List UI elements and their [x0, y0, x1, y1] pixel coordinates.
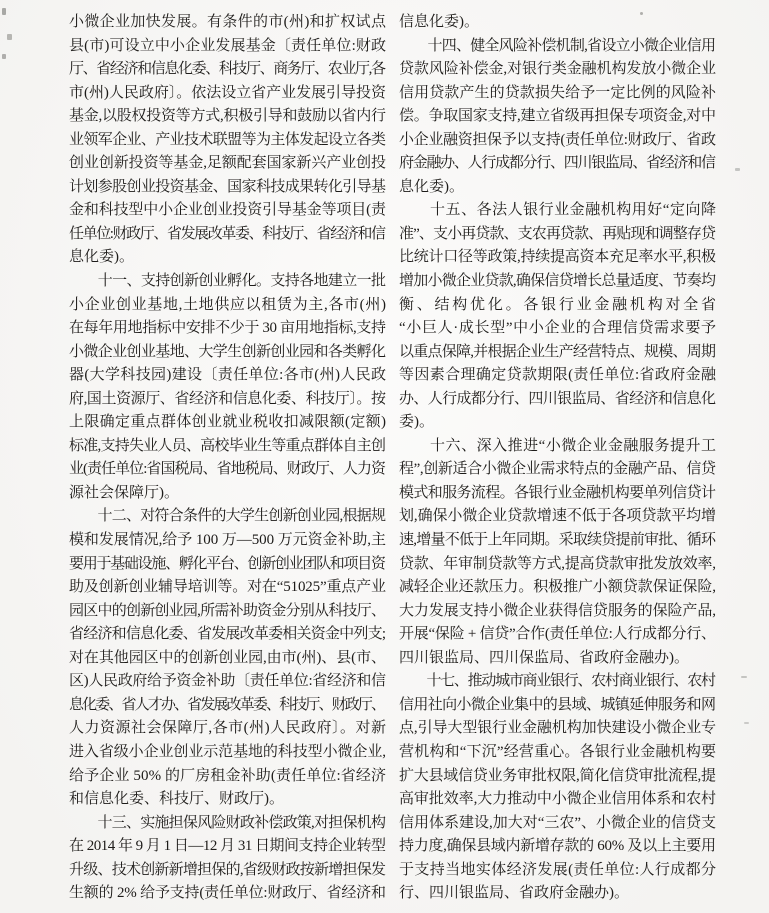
- text-line: 十四、健全风险补偿机制,省设立小微企业信用: [399, 35, 716, 59]
- text-line: 扩大县域信贷业务审批权限,简化信贷审批流程,提: [399, 765, 716, 789]
- text-line: 任单位:财政厅、省发展改革委、科技厅、省经济和信: [69, 223, 386, 247]
- text-line: 升级、技术创新新增担保的,省级财政按新增担保发: [69, 859, 386, 883]
- text-line: 业领军企业、产业技术联盟等为主体发起设立各类: [69, 129, 386, 153]
- text-line: 十六、深入推进“小微企业金融服务提升工: [399, 435, 716, 459]
- text-line: 厅、省经济和信息化委、科技厅、商务厅、农业厅,各: [69, 58, 386, 82]
- text-line: 人力资源社会保障厅,各市(州)人民政府〕。对新: [69, 717, 386, 741]
- text-line: 等因素合理确定贷款期限(责任单位:省政府金融: [399, 364, 716, 388]
- text-line: 创业创新投资等基金,足额配套国家新兴产业创投: [69, 152, 386, 176]
- text-line: 十三、实施担保风险财政补偿政策,对担保机构: [69, 812, 386, 836]
- text-line: 小企业创业基地,土地供应以租赁为主,各市(州): [69, 294, 386, 318]
- text-line: 省经济和信息化委、省发展改革委相关资金中列支;: [69, 623, 386, 647]
- text-line: 助及创新创业辅导培训等。对在“51025”重点产业: [69, 576, 386, 600]
- text-line: 速,增量不低于上年同期。采取续贷提前审批、循环: [399, 529, 716, 553]
- scan-artifact: [640, 12, 643, 15]
- text-line: 金和科技型中小企业创业投资引导基金等项目(责: [69, 199, 386, 223]
- text-line: “小巨人·成长型”中小企业的合理信贷需求要予: [399, 317, 716, 341]
- text-line: 程”,创新适合小微企业需求特点的金融产品、信贷: [399, 458, 716, 482]
- text-line: 信用体系建设,加大对“三农”、小微企业的信贷支: [399, 812, 716, 836]
- text-line: 给予企业 50% 的厂房租金补助(责任单位:省经济: [69, 765, 386, 789]
- text-line: 委)。: [399, 411, 716, 435]
- text-line: 对在其他园区中的创新创业园,由市(州)、县(市、: [69, 647, 386, 671]
- text-line: 大力发展支持小微企业获得信贷服务的保险产品,: [399, 600, 716, 624]
- text-line: 在 2014 年 9 月 1 日—12 月 31 日期间支持企业转型: [69, 835, 386, 859]
- text-line: 十一、支持创新创业孵化。支持各地建立一批: [69, 270, 386, 294]
- text-line: 小微企业创业基地、大学生创新创业园和各类孵化: [69, 341, 386, 365]
- document-page: 小微企业加快发展。有条件的市(州)和扩权试点县(市)可设立中小企业发展基金〔责任…: [0, 0, 769, 913]
- text-line: 县(市)可设立中小企业发展基金〔责任单位:财政: [69, 35, 386, 59]
- text-line: 源社会保障厅)。: [69, 482, 386, 506]
- text-line: 计划参股创业投资基金、国家科技成果转化引导基: [69, 176, 386, 200]
- text-line: 贷款、年审制贷款等方式,提高贷款审批发放效率,: [399, 553, 716, 577]
- text-line: 偿。争取国家支持,建立省级再担保专项资金,对中: [399, 105, 716, 129]
- text-line: 器(大学科技园)建设〔责任单位:各市(州)人民政: [69, 364, 386, 388]
- text-line: 要用于基础设施、孵化平台、创新创业团队和项目资: [69, 553, 386, 577]
- text-line: 息化委、省人才办、省发展改革委、科技厅、财政厅、: [69, 694, 386, 718]
- text-line: 办、人行成都分行、四川银监局、省经济和信息化: [399, 388, 716, 412]
- text-line: 和信息化委、科技厅、财政厅)。: [69, 788, 386, 812]
- text-line: 小企业融资担保予以支持(责任单位:财政厅、省政: [399, 129, 716, 153]
- text-line: 信息化委)。: [399, 11, 716, 35]
- text-line: 信用贷款产生的贷款损失给予一定比例的风险补: [399, 82, 716, 106]
- text-line: 十二、对符合条件的大学生创新创业园,根据规: [69, 505, 386, 529]
- text-line: 息化委)。: [69, 246, 386, 270]
- text-line: 生额的 2% 给予支持(责任单位:财政厅、省经济和: [69, 882, 386, 906]
- text-line: 营机构和“下沉”经营重心。各银行业金融机构要: [399, 741, 716, 765]
- text-line: 高审批效率,大力推动中小微企业信用体系和农村: [399, 788, 716, 812]
- text-line: 划,确保小微企业贷款增速不低于各项贷款平均增: [399, 505, 716, 529]
- text-line: 信用社向小微企业集中的县域、城镇延伸服务和网: [399, 694, 716, 718]
- text-line: 模和发展情况,给予 100 万—500 万元资金补助,主: [69, 529, 386, 553]
- text-line: 点,引导大型银行业金融机构加快建设小微企业专: [399, 717, 716, 741]
- scan-artifact: [2, 54, 6, 59]
- text-line: 小微企业加快发展。有条件的市(州)和扩权试点: [69, 11, 386, 35]
- text-line: 市(州)人民政府〕。依法设立省产业发展引导投资: [69, 82, 386, 106]
- text-line: 上限确定重点群体创业就业税收扣减限额(定额): [69, 411, 386, 435]
- scan-artifact: [2, 8, 6, 15]
- text-line: 标准,支持失业人员、高校毕业生等重点群体自主创: [69, 435, 386, 459]
- text-line: 十七、推动城市商业银行、农村商业银行、农村: [399, 670, 716, 694]
- left-column: 小微企业加快发展。有条件的市(州)和扩权试点县(市)可设立中小企业发展基金〔责任…: [69, 11, 386, 906]
- text-line: 贷款风险补偿金,对银行类金融机构发放小微企业: [399, 58, 716, 82]
- text-line: 业(责任单位:省国税局、省地税局、财政厅、人力资: [69, 458, 386, 482]
- text-line: 十五、各法人银行业金融机构用好“定向降: [399, 199, 716, 223]
- scan-artifact: [7, 34, 12, 40]
- text-line: 模式和服务流程。各银行业金融机构要单列信贷计: [399, 482, 716, 506]
- text-line: 增加小微企业贷款,确保信贷增长总量适度、节奏均: [399, 270, 716, 294]
- text-line: 开展“保险 + 信贷”合作(责任单位:人行成都分行、: [399, 623, 716, 647]
- text-line: 府,国土资源厅、省经济和信息化委、科技厅〕。按: [69, 388, 386, 412]
- text-line: 持力度,确保县域内新增存款的 60% 及以上主要用: [399, 835, 716, 859]
- text-line: 衡、结构优化。各银行业金融机构对全省: [399, 294, 716, 318]
- text-line: 息化委)。: [399, 176, 716, 200]
- text-line: 减轻企业还款压力。积极推广小额贷款保证保险,: [399, 576, 716, 600]
- scan-artifact: [741, 676, 747, 678]
- text-line: 进入省级小企业创业示范基地的科技型小微企业,: [69, 741, 386, 765]
- text-line: 四川银监局、四川保监局、省政府金融办)。: [399, 647, 716, 671]
- text-line: 府金融办、人行成都分行、四川银监局、省经济和信: [399, 152, 716, 176]
- scan-artifact: [744, 722, 749, 724]
- text-line: 比统计口径等政策,持续提高资本充足率水平,积极: [399, 246, 716, 270]
- right-column: 信息化委)。 十四、健全风险补偿机制,省设立小微企业信用贷款风险补偿金,对银行类…: [399, 11, 716, 906]
- text-line: 以重点保障,并根据企业生产经营特点、规模、周期: [399, 341, 716, 365]
- text-line: 于支持当地实体经济发展(责任单位:人行成都分: [399, 859, 716, 883]
- text-line: 在每年用地指标中安排不少于 30 亩用地指标,支持: [69, 317, 386, 341]
- text-line: 基金,以股权投资等方式,积极引导和鼓励以省内行: [69, 105, 386, 129]
- text-line: 区)人民政府给予资金补助〔责任单位:省经济和信: [69, 670, 386, 694]
- text-line: 准”、支小再贷款、支农再贷款、再贴现和调整存贷: [399, 223, 716, 247]
- text-line: 行、四川银监局、省政府金融办)。: [399, 882, 716, 906]
- text-line: 园区中的创新创业园,所需补助资金分别从科技厅、: [69, 600, 386, 624]
- scan-artifact: [735, 168, 740, 171]
